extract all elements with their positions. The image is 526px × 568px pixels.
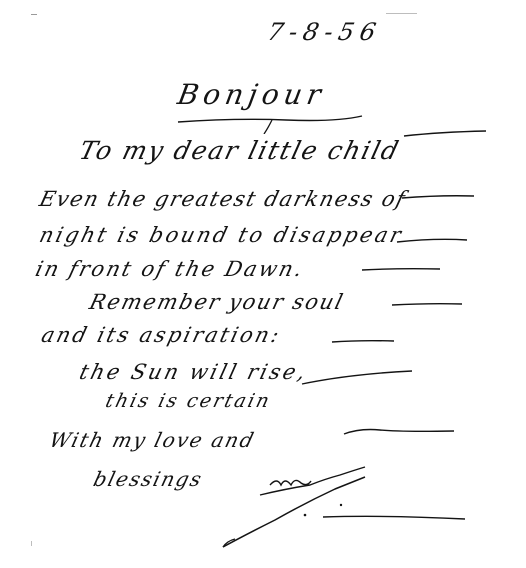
letter-line: Remember your soul xyxy=(87,290,347,314)
stroke-flourish-icon xyxy=(400,192,480,204)
stroke-flourish-icon xyxy=(390,295,470,311)
letter-line: this is certain xyxy=(103,390,273,412)
scan-edge-mark xyxy=(31,14,37,15)
signature-icon xyxy=(215,465,475,555)
salutation-underline-icon xyxy=(176,108,366,134)
letter-page: 7-8-56 Bonjour To my dear little child E… xyxy=(0,0,526,568)
letter-salutation: Bonjour xyxy=(175,78,328,111)
stroke-flourish-icon xyxy=(340,426,460,446)
stroke-flourish-icon xyxy=(400,128,490,142)
letter-date: 7-8-56 xyxy=(265,18,384,46)
letter-line: the Sun will rise, xyxy=(77,360,310,384)
stroke-flourish-icon xyxy=(330,334,410,348)
letter-line: in front of the Dawn. xyxy=(33,257,307,281)
letter-line: With my love and xyxy=(47,428,258,452)
scan-edge-mark xyxy=(386,13,417,14)
stroke-flourish-icon xyxy=(395,232,475,246)
stroke-flourish-icon xyxy=(300,364,430,390)
letter-line: To my dear little child xyxy=(76,136,403,165)
letter-line: blessings xyxy=(91,467,205,491)
letter-line: Even the greatest darkness of xyxy=(37,187,409,211)
scan-edge-mark xyxy=(31,541,32,546)
stroke-flourish-icon xyxy=(360,260,460,276)
letter-line: and its aspiration: xyxy=(39,323,284,347)
letter-line: night is bound to disappear xyxy=(37,223,406,247)
